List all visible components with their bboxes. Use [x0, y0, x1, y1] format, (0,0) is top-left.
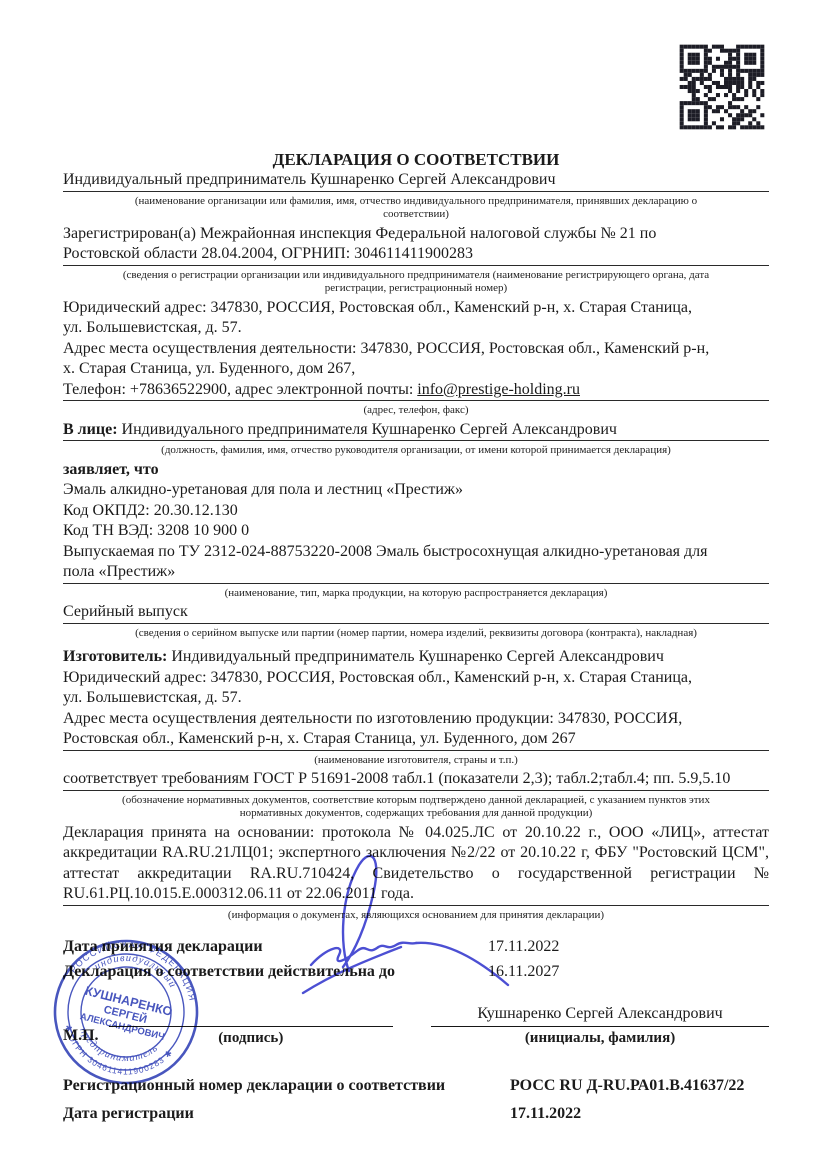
- serial-caption: (сведения о серийном выпуске или партии …: [71, 627, 761, 641]
- qr-code: [672, 37, 768, 133]
- declarant-name: Индивидуальный предприниматель Кушнаренк…: [63, 170, 769, 192]
- page-title: ДЕКЛАРАЦИЯ О СООТВЕТСТВИИ: [63, 150, 769, 170]
- person-line: В лице: Индивидуального предпринимателя …: [63, 420, 769, 442]
- declares-label: заявляет, что: [63, 460, 769, 481]
- email-address: info@prestige-holding.ru: [417, 381, 580, 398]
- serial-line: Серийный выпуск: [63, 602, 769, 624]
- product-block: Эмаль алкидно-уретановая для пола и лест…: [63, 480, 769, 584]
- phone-text: Телефон: +78636522900, адрес электронной…: [63, 381, 417, 398]
- signatory-name: Кушнаренко Сергей Александрович: [431, 1005, 769, 1023]
- stamp-seal: РОССИЙСКАЯ ФЕДЕРАЦИЯ ✱ ОГРН 304611411900…: [40, 926, 212, 1098]
- registration-number-value: РОСС RU Д-RU.РА01.В.41637/22: [510, 1077, 744, 1095]
- signatory-block: Кушнаренко Сергей Александрович (инициал…: [431, 1005, 769, 1047]
- manufacturer-block: Изготовитель: Индивидуальный предпринима…: [63, 647, 769, 751]
- name-caption: (инициалы, фамилия): [431, 1030, 769, 1047]
- manufacturer-label: Изготовитель:: [63, 648, 167, 665]
- declarant-caption: (наименование организации или фамилия, и…: [71, 195, 761, 222]
- phone-line: Телефон: +78636522900, адрес электронной…: [63, 380, 769, 402]
- address-block: Юридический адрес: 347830, РОССИЯ, Росто…: [63, 298, 769, 380]
- registration-info-caption: (сведения о регистрации организации или …: [71, 269, 761, 296]
- compliance-line: соответствует требованиям ГОСТ Р 51691-2…: [63, 769, 769, 791]
- handwritten-signature: [283, 843, 583, 1003]
- registration-date-value: 17.11.2022: [510, 1105, 581, 1123]
- name-line: [431, 1026, 769, 1027]
- address-caption: (адрес, телефон, факс): [71, 404, 761, 418]
- person-caption: (должность, фамилия, имя, отчество руков…: [71, 444, 761, 458]
- product-caption: (наименование, тип, марка продукции, на …: [71, 587, 761, 601]
- person-label: В лице:: [63, 421, 118, 438]
- person-value: Индивидуального предпринимателя Кушнарен…: [118, 421, 617, 438]
- registration-date-label: Дата регистрации: [63, 1105, 510, 1123]
- compliance-caption: (обозначение нормативных документов, соо…: [71, 794, 761, 821]
- registration-date-row: Дата регистрации 17.11.2022: [63, 1105, 769, 1123]
- registration-info: Зарегистрирован(а) Межрайонная инспекция…: [63, 224, 769, 266]
- manufacturer-caption: (наименование изготовителя, страны и т.п…: [71, 754, 761, 768]
